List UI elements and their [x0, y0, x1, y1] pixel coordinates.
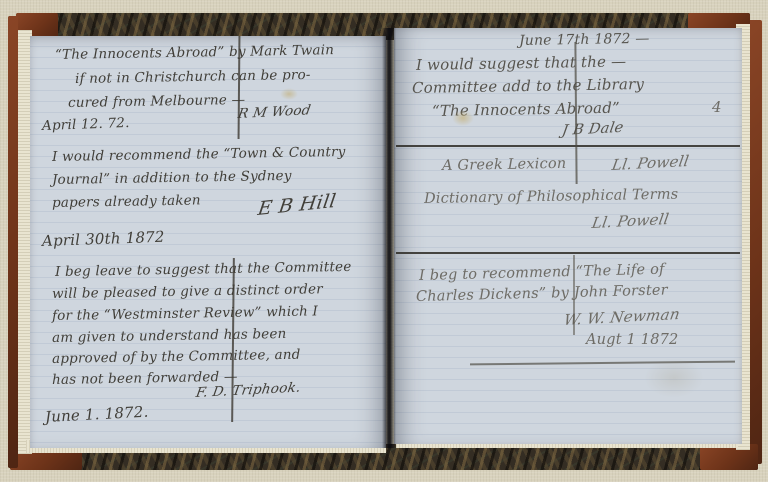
signature: E B Hill: [256, 190, 337, 220]
book-gutter: [382, 28, 396, 448]
handwriting-line: I beg leave to suggest that the Committe…: [55, 259, 352, 280]
paper-stain: [644, 358, 704, 398]
handwriting-line: I would recommend the “Town & Country: [52, 144, 346, 165]
handwriting-line: A Greek Lexicon: [442, 156, 567, 174]
hand-drawn-divider-line: [470, 361, 735, 365]
handwriting-line: Journal” in addition to the Sydney: [52, 168, 292, 188]
left-page: “The Innocents Abroad” by Mark Twain if …: [30, 36, 386, 448]
ink-strike-line: [573, 255, 575, 335]
entry-divider-line: [396, 252, 740, 254]
handwriting-line: Charles Dickens” by John Forster: [416, 282, 668, 305]
handwriting-line: approved of by the Committee, and: [52, 347, 301, 367]
handwriting-line: if not in Christchurch can be pro-: [75, 67, 311, 87]
handwriting-line: for the “Westminster Review” which I: [52, 303, 318, 324]
photo-background: “The Innocents Abroad” by Mark Twain if …: [0, 0, 768, 482]
signature: R M Wood: [237, 102, 312, 122]
entry-date: June 1. 1872.: [45, 403, 149, 426]
handwriting-line: I beg to recommend “The Life of: [419, 262, 665, 284]
paper-stain: [280, 88, 298, 100]
signature: Ll. Powell: [591, 210, 671, 232]
handwriting-line: Dictionary of Philosophical Terms: [424, 187, 679, 207]
entry-date: April 30th 1872: [42, 228, 165, 250]
handwriting-line: “The Innocents Abroad” by Mark Twain: [55, 42, 334, 63]
signature: J B Dale: [561, 120, 625, 139]
entry-date: Augt 1 1872: [586, 332, 678, 348]
signature: Ll. Powell: [611, 152, 691, 174]
handwriting-line: I would suggest that the —: [416, 52, 627, 74]
right-page: June 17th 1872 — I would suggest that th…: [394, 28, 742, 444]
entry-date: June 17th 1872 —: [519, 31, 650, 49]
entry-divider-line: [396, 145, 740, 147]
page-number-pencil: 4: [712, 98, 722, 116]
ink-strike-line: [238, 36, 241, 139]
handwriting-line: will be pleased to give a distinct order: [52, 281, 323, 302]
handwriting-line: Committee add to the Library: [412, 75, 644, 97]
entry-date: April 12. 72.: [42, 115, 130, 134]
leather-corner: [8, 16, 18, 468]
handwriting-line: am given to understand has been: [52, 326, 287, 346]
handwriting-line: “The Innocents Abroad”: [432, 99, 620, 120]
signature: W. W. Newman: [563, 305, 682, 329]
handwriting-line: cured from Melbourne —: [68, 92, 245, 111]
handwriting-line: papers already taken: [52, 192, 201, 211]
